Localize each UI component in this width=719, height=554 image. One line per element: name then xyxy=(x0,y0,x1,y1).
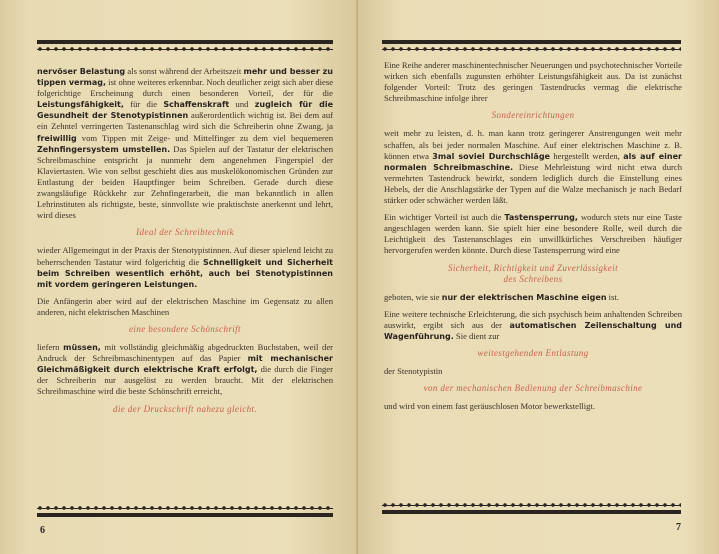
paragraph: nervöser Belastung als sonst während der… xyxy=(37,66,333,221)
paragraph: Die Anfängerin aber wird auf der elektri… xyxy=(37,296,333,318)
paragraph: Eine Reihe anderer maschinentechnischer … xyxy=(384,60,682,104)
left-page: nervöser Belastung als sonst während der… xyxy=(0,0,358,554)
bottom-border-ornament xyxy=(37,503,333,517)
top-border-ornament xyxy=(382,40,681,54)
paragraph: geboten, wie sie nur der elektrischen Ma… xyxy=(384,292,682,303)
right-page-content: Eine Reihe anderer maschinentechnischer … xyxy=(384,60,682,418)
paragraph: Eine weitere technische Erleichterung, d… xyxy=(384,309,682,342)
highlight-heading: Sondereinrichtungen xyxy=(384,110,682,121)
book-spread: nervöser Belastung als sonst während der… xyxy=(0,0,719,554)
highlight-heading: Sicherheit, Richtigkeit und Zuverlässigk… xyxy=(384,263,682,274)
highlight-heading: des Schreibens xyxy=(384,274,682,285)
paragraph: wieder Allgemeingut in der Praxis der St… xyxy=(37,245,333,289)
paragraph: weit mehr zu leisten, d. h. man kann tro… xyxy=(384,128,682,206)
highlight-heading: die der Druckschrift nahezu gleicht. xyxy=(37,404,333,415)
highlight-heading: eine besondere Schönschrift xyxy=(37,324,333,335)
highlight-heading: weitestgehenden Entlastung xyxy=(384,348,682,359)
paragraph: Ein wichtiger Vorteil ist auch die Taste… xyxy=(384,212,682,256)
paragraph: der Stenotypistin xyxy=(384,366,682,377)
bottom-border-ornament xyxy=(382,500,681,514)
left-page-content: nervöser Belastung als sonst während der… xyxy=(37,40,333,422)
page-number: 6 xyxy=(40,525,45,536)
highlight-heading: von der mechanischen Bedienung der Schre… xyxy=(384,383,682,394)
page-number: 7 xyxy=(676,522,681,533)
highlight-heading: Ideal der Schreibtechnik xyxy=(37,227,333,238)
paragraph: und wird von einem fast geräuschlosen Mo… xyxy=(384,401,682,412)
paragraph: liefern müssen, mit vollständig gleichmä… xyxy=(37,342,333,397)
top-border-ornament xyxy=(37,40,333,52)
